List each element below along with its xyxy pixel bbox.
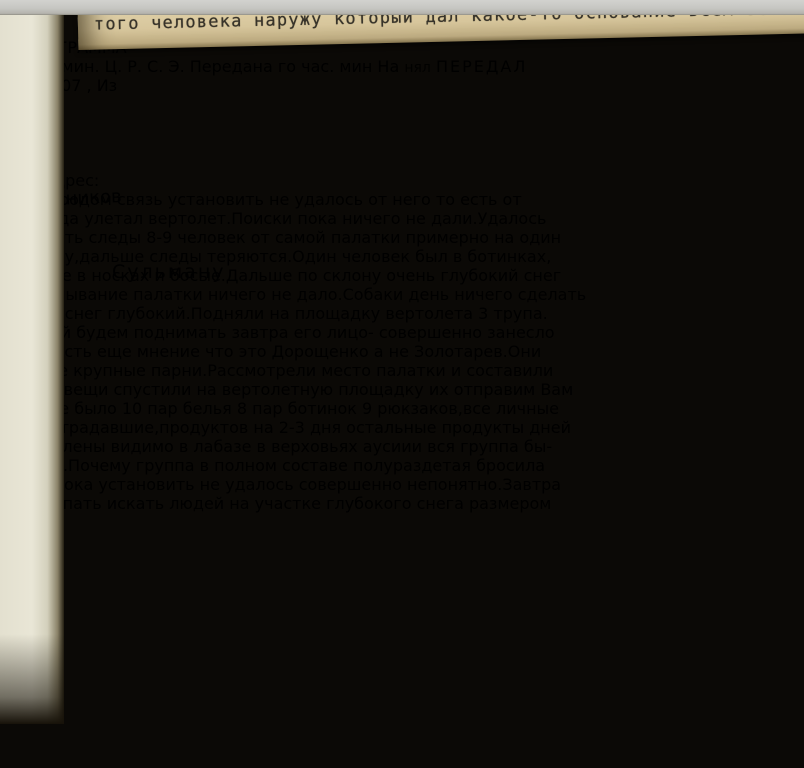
radiogram-page: 160 РАДИОГРАММА го час. мин. Ц. Р. С. Э.… [0, 19, 804, 541]
body-line: дем щупать искать людей на участке глубо… [0, 494, 804, 513]
body-line: латку пока установить не удалось соверше… [0, 475, 804, 494]
body-line: палатке было 10 пар белья 8 пар ботинок … [0, 399, 804, 418]
facing-page-edge [0, 10, 64, 724]
body-line: а самые крупные парни.Рассмотрели место … [0, 361, 804, 380]
body-line: щи пострадавшие,продуктов на 2-3 дня ост… [0, 418, 804, 437]
torn-paper-shadow [30, 688, 760, 768]
scan-edge-band [0, 0, 804, 15]
body-line: отокол,вещи спустили на вертолетную площ… [0, 380, 804, 399]
body-line: 8 оставлены видимо в лабазе в верховьях … [0, 437, 804, 456]
address-value: Сульману [112, 261, 226, 283]
body-line: твертый будем поднимать завтра его лицо-… [0, 323, 804, 342]
header-label-peredana: Передана [190, 57, 273, 76]
body-line: наружить следы 8-9 человек от самой пала… [0, 228, 804, 247]
body-line: прощупывание палатки ничего не дало.Соба… [0, 285, 804, 304]
na-label: На [377, 57, 399, 76]
scanned-book-spread: ата того человека наружу который дал как… [0, 0, 804, 768]
header-label-go-recv: го [278, 57, 296, 76]
peredal-label: ПЕРЕДАЛ [436, 57, 527, 76]
body-line: смогли,снег глубокий.Подняли на площадку… [0, 304, 804, 323]
header-label-min-sent: мин. [62, 57, 100, 76]
header-label-chas-recv: час. [301, 57, 334, 76]
form-fragment-received-label: нял [404, 60, 431, 76]
body-line: сельрода улетал вертолет.Поиски пока нич… [0, 209, 804, 228]
header-label-min-recv: мин [339, 57, 372, 76]
header-label-crse: Ц. Р. С. Э. [105, 57, 185, 76]
iz-label: Из [97, 76, 117, 95]
body-line: этому есть еще мнение что это Дорощенко … [0, 342, 804, 361]
body-line: в сборе.Почему группа в полном составе п… [0, 456, 804, 475]
